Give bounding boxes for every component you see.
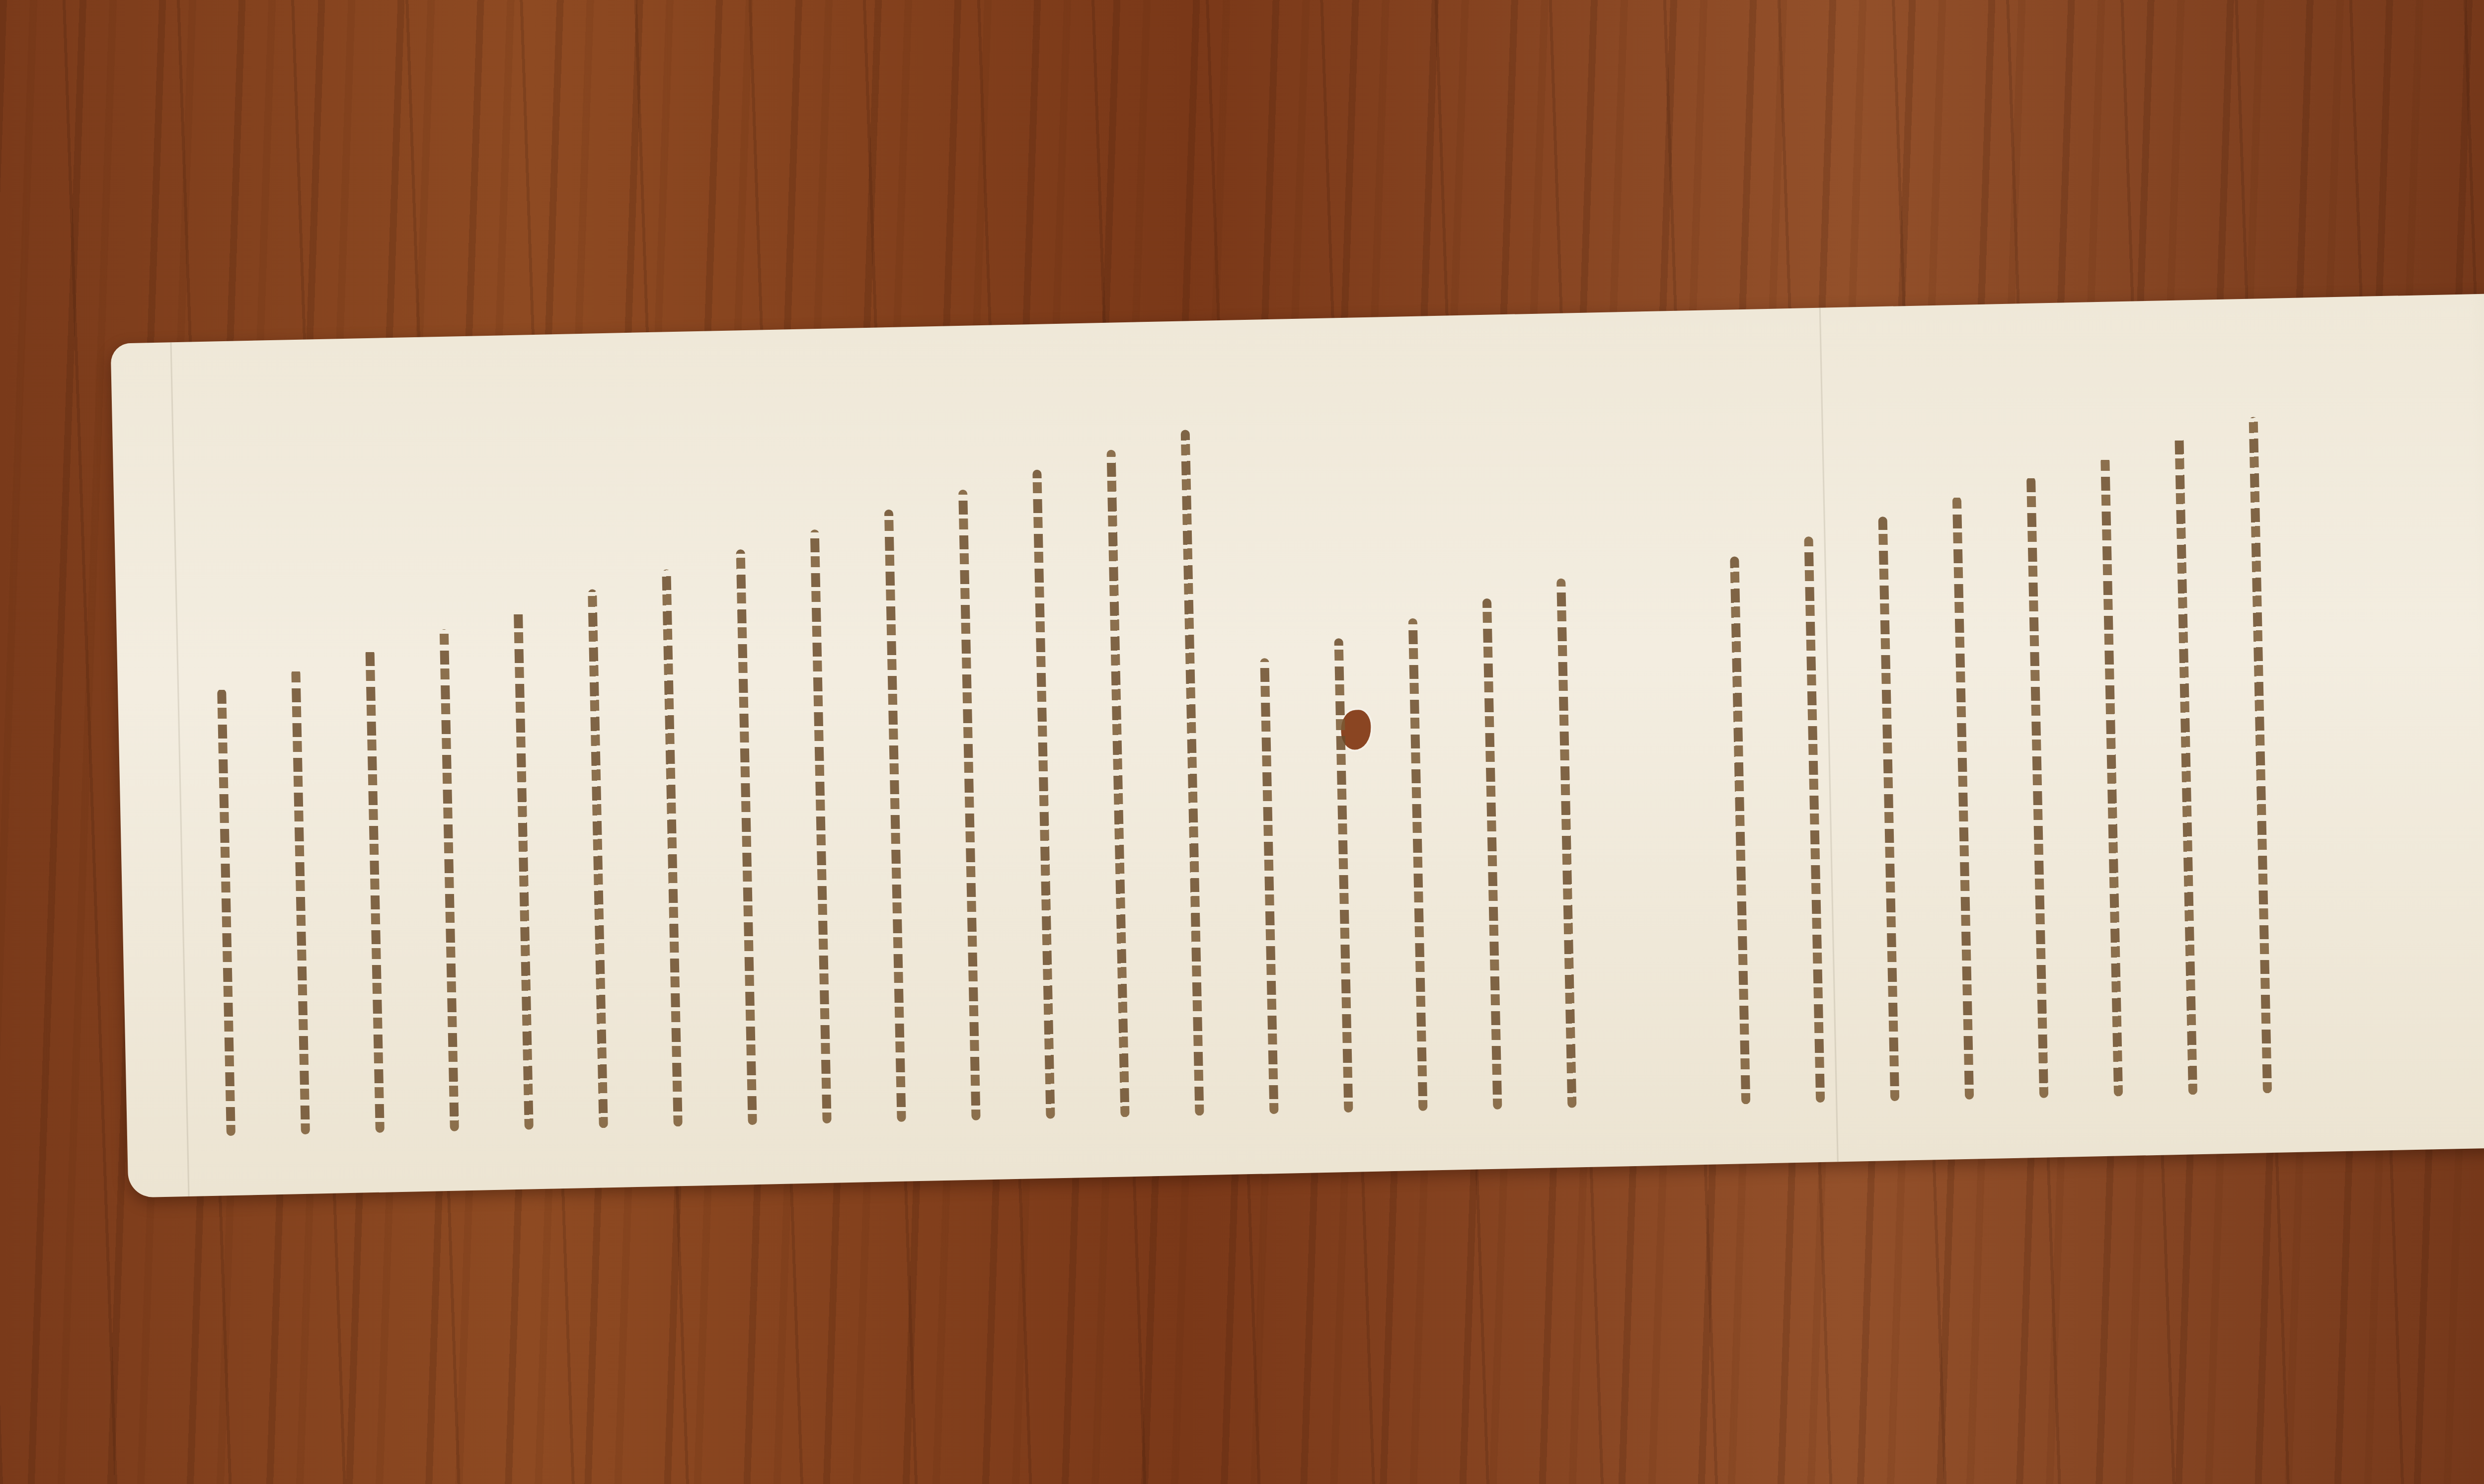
handwritten-line [217,689,235,1136]
handwritten-line [1804,536,1825,1103]
handwritten-line [736,549,757,1125]
handwritten-line [2026,477,2048,1098]
handwritten-line [2174,437,2197,1095]
handwritten-line [2100,457,2123,1097]
scene-description: Photograph of a historical handwritten m… [0,0,0,0]
handwritten-line [366,649,385,1133]
handwritten-line [1106,449,1129,1117]
handwritten-line [1730,556,1750,1104]
handwritten-line [1952,497,1974,1100]
handwritten-line [440,629,459,1131]
handwritten-line [1032,470,1055,1119]
handwritten-line [1408,618,1428,1111]
handwritten-line [958,490,981,1120]
handwritten-line [884,510,906,1122]
handwritten-line [2249,417,2272,1093]
handwritten-line [291,669,310,1134]
handwritten-line [662,569,682,1126]
handwritten-line [1878,517,1900,1101]
paper-fold-line [170,342,190,1196]
handwritten-line [1556,579,1576,1108]
manuscript-page [111,293,2484,1198]
handwritten-line [1181,430,1204,1115]
handwritten-line [1260,658,1278,1114]
handwritten-line [1482,598,1502,1110]
handwritten-line [588,589,608,1128]
handwritten-line [810,529,832,1123]
handwritten-line [1334,638,1353,1113]
handwritten-line [514,609,534,1130]
